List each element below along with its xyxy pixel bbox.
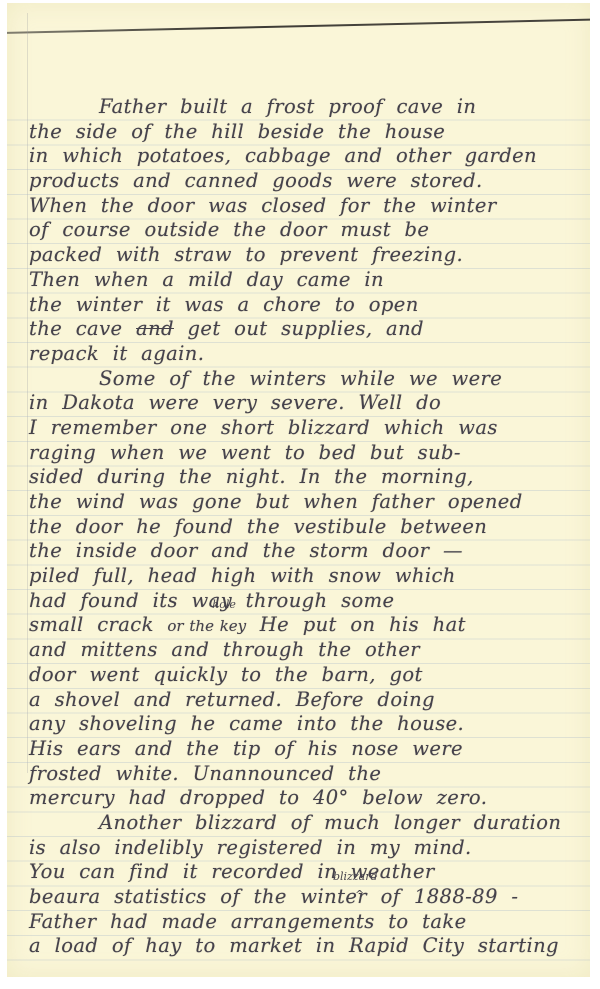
text-segment: the cave	[29, 317, 136, 340]
text-line: the winter it was a chore to open	[29, 293, 590, 318]
text-line: products and canned goods were stored.	[29, 169, 590, 194]
text-line: frosted white. Unannounced the	[29, 762, 590, 787]
text-line: a load of hay to market in Rapid City st…	[29, 934, 590, 959]
text-segment: of 1888-89 -	[367, 885, 518, 908]
caret-mark: ^	[355, 889, 365, 900]
text-line: the inside door and the storm door —	[29, 539, 590, 564]
text-line: Some of the winters while we were	[29, 367, 590, 392]
text-line: Another blizzard of much longer duration	[29, 811, 590, 836]
text-line: the wind was gone but when father opened	[29, 490, 590, 515]
text-line: of course outside the door must be	[29, 218, 590, 243]
text-line: had found its way through some	[29, 589, 590, 614]
text-line: I remember one short blizzard which was	[29, 416, 590, 441]
text-line: the door he found the vestibule between	[29, 515, 590, 540]
page-top-edge	[7, 18, 590, 34]
text-segment: He put on his hat	[246, 613, 466, 636]
text-line: and mittens and through the other	[29, 638, 590, 663]
text-line-with-insertion: small crack or the keyhole He put on his…	[29, 613, 590, 638]
inserted-word: hole	[212, 599, 236, 610]
text-line: Then when a mild day came in	[29, 268, 590, 293]
inserted-word: blizzard	[333, 871, 378, 882]
text-line: Father had made arrangements to take	[29, 910, 590, 935]
text-line: in Dakota were very severe. Well do	[29, 391, 590, 416]
text-line: packed with straw to prevent freezing.	[29, 243, 590, 268]
text-line: piled full, head high with snow which	[29, 564, 590, 589]
text-line: When the door was closed for the winter	[29, 194, 590, 219]
scanned-document-page: Father built a frost proof cave in the s…	[0, 0, 600, 989]
text-line: Father built a frost proof cave in	[29, 95, 590, 120]
text-line: repack it again.	[29, 342, 590, 367]
text-line-with-insertion: beaura statistics of the winterblizzard^…	[29, 885, 590, 910]
text-line: in which potatoes, cabbage and other gar…	[29, 144, 590, 169]
handwritten-text: Father built a frost proof cave in the s…	[29, 95, 590, 959]
text-line: sided during the night. In the morning,	[29, 465, 590, 490]
text-segment: get out supplies, and	[174, 317, 424, 340]
struck-word: and	[136, 317, 174, 340]
text-line: is also indelibly registered in my mind.	[29, 836, 590, 861]
squeezed-words: or the key	[167, 617, 246, 635]
text-line: mercury had dropped to 40° below zero.	[29, 786, 590, 811]
text-line: You can find it recorded in weather	[29, 860, 590, 885]
text-line: raging when we went to bed but sub-	[29, 441, 590, 466]
text-line: a shovel and returned. Before doing	[29, 688, 590, 713]
text-line: the side of the hill beside the house	[29, 120, 590, 145]
text-line: any shoveling he came into the house.	[29, 712, 590, 737]
text-segment: beaura statistics of the winter	[29, 885, 367, 908]
text-line: door went quickly to the barn, got	[29, 663, 590, 688]
text-segment: small crack	[29, 613, 167, 636]
text-line-with-strikethrough: the cave and get out supplies, and	[29, 317, 590, 342]
text-line: His ears and the tip of his nose were	[29, 737, 590, 762]
paper: Father built a frost proof cave in the s…	[7, 3, 590, 977]
